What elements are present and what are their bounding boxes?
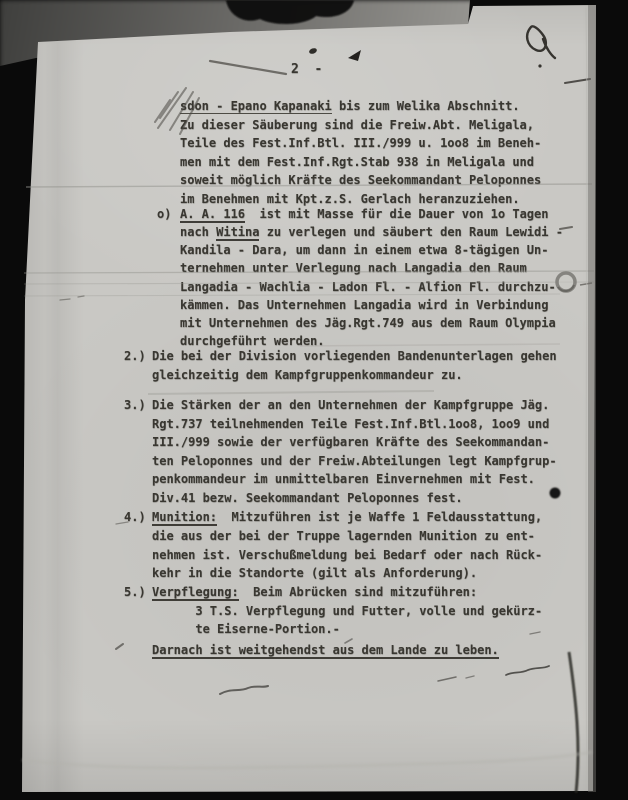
typed-line: Munition: Mitzuführen ist je Waffe 1 Fel… <box>152 508 542 527</box>
typed-line: 3 T.S. Verpflegung und Futter, volle und… <box>152 602 542 621</box>
typed-text-layer: sdon - Epano Kapanaki bis zum Welika Abs… <box>0 0 628 800</box>
typed-line: die aus der bei der Truppe lagernden Mun… <box>152 527 542 546</box>
item-marker: 4.) <box>124 508 146 527</box>
typed-line: te Eiserne-Portion.- <box>152 620 542 639</box>
typed-line: A. A. 116 ist mit Masse für die Dauer vo… <box>180 205 563 223</box>
closing-line: Darnach ist weitgehendst aus dem Lande z… <box>152 641 499 660</box>
item-marker: 3.) <box>124 396 146 415</box>
typed-line: Langadia - Wachlia - Ladon Fl. - Alfion … <box>180 278 563 296</box>
list-item-o: o)A. A. 116 ist mit Masse für die Dauer … <box>180 205 563 350</box>
typed-line: Kandila - Dara, um dann in einem etwa 8-… <box>180 241 563 259</box>
typed-line: sdon - Epano Kapanaki bis zum Welika Abs… <box>180 97 541 116</box>
typed-line: Zu dieser Säuberung sind die Freiw.Abt. … <box>180 116 541 135</box>
typed-line: Darnach ist weitgehendst aus dem Lande z… <box>152 641 499 660</box>
typed-line: Rgt.737 teilnehmenden Teile Fest.Inf.Btl… <box>152 415 557 434</box>
typed-line: Teile des Fest.Inf.Btl. III./999 u. 1oo8… <box>180 134 541 153</box>
typed-line: men mit dem Fest.Inf.Rgt.Stab 938 in Mel… <box>180 153 541 172</box>
typed-line: mit Unternehmen des Jäg.Rgt.749 aus dem … <box>180 314 563 332</box>
scanned-document-page: 2 - sdon - Epano Kapanaki bis zum Welika… <box>0 0 628 800</box>
item-marker: 5.) <box>124 583 146 602</box>
list-item-5: 5.)Verpflegung: Beim Abrücken sind mitzu… <box>152 583 542 639</box>
typed-line: kehr in die Standorte (gilt als Anforder… <box>152 564 542 583</box>
typed-line: ten Peloponnes und der Freiw.Abteilungen… <box>152 452 557 471</box>
typed-line: Verpflegung: Beim Abrücken sind mitzufüh… <box>152 583 542 602</box>
continuation-paragraph: sdon - Epano Kapanaki bis zum Welika Abs… <box>180 97 541 209</box>
typed-line: nach Witina zu verlegen und säubert den … <box>180 223 563 241</box>
list-item-2: 2.)Die bei der Division vorliegenden Ban… <box>152 347 557 385</box>
item-marker: 2.) <box>124 347 146 366</box>
typed-line: ternehmen unter Verlegung nach Langadia … <box>180 259 563 277</box>
list-item-3: 3.)Die Stärken der an den Unternehmen de… <box>152 396 557 507</box>
item-marker: o) <box>157 205 171 223</box>
typed-line: Die Stärken der an den Unternehmen der K… <box>152 396 557 415</box>
typed-line: kämmen. Das Unternehmen Langadia wird in… <box>180 296 563 314</box>
typed-line: Div.41 bezw. Seekommandant Peloponnes fe… <box>152 489 557 508</box>
list-item-4: 4.)Munition: Mitzuführen ist je Waffe 1 … <box>152 508 542 583</box>
typed-line: penkommandeur im unmittelbaren Einverneh… <box>152 470 557 489</box>
typed-line: gleichzeitig dem Kampfgruppenkommandeur … <box>152 366 557 385</box>
typed-line: Die bei der Division vorliegenden Banden… <box>152 347 557 366</box>
typed-line: nehmen ist. Verschußmeldung bei Bedarf o… <box>152 546 542 565</box>
typed-line: soweit möglich Kräfte des Seekommandant … <box>180 171 541 190</box>
typed-line: III./999 sowie der verfügbaren Kräfte de… <box>152 433 557 452</box>
